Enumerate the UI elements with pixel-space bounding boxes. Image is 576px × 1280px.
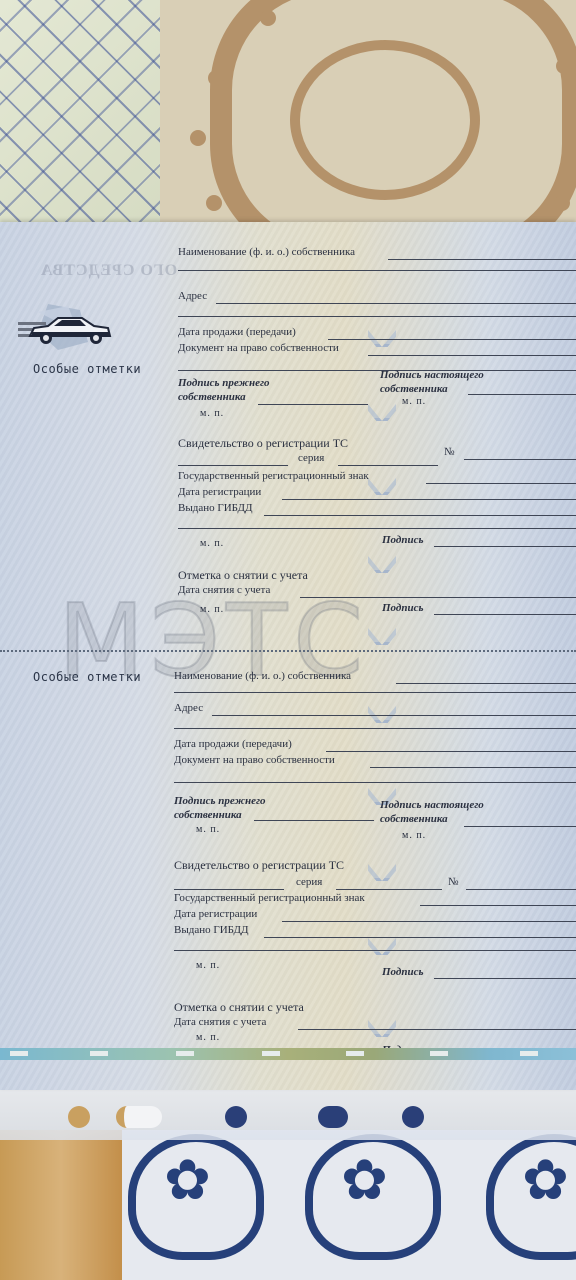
prev-owner-signature-line[interactable] [258, 404, 368, 405]
owner-name-label: Наименование (ф. и. о.) собственника [178, 246, 355, 258]
ownership-document-label: Документ на право собственности [174, 754, 335, 766]
prev-owner-signature-label: Подпись прежнего собственника [178, 376, 288, 404]
current-owner-signature-label: Подпись настоящего собственника [380, 368, 500, 396]
address-field[interactable]: Адрес [178, 290, 576, 306]
flower-ornament-icon [486, 1134, 576, 1260]
ownership-document-label: Документ на право собственности [178, 342, 339, 354]
owner-name-field[interactable]: Наименование (ф. и. о.) собственника [174, 670, 576, 686]
stamp-place: м. п. [200, 408, 224, 419]
stamp-place: м. п. [196, 960, 220, 971]
signature-label: Подпись [382, 966, 424, 978]
flower-ornament-icon [305, 1134, 441, 1260]
signature-line[interactable] [434, 546, 576, 547]
ornament-dot [554, 195, 570, 211]
decorative-border-strip [0, 1048, 576, 1060]
registration-certificate-heading: Свидетельство о регистрации ТС [174, 858, 576, 874]
deregistration-date-label: Дата снятия с учета [174, 1016, 266, 1028]
ornament-dot [206, 195, 222, 211]
current-owner-signature-label: Подпись настоящего собственника [380, 798, 510, 826]
current-owner-signature-line[interactable] [464, 826, 576, 827]
address-field[interactable]: Адрес [174, 702, 576, 718]
address-label: Адрес [178, 290, 207, 302]
owner-name-label: Наименование (ф. и. о.) собственника [174, 670, 351, 682]
ornament-dot [260, 10, 276, 26]
sale-date-label: Дата продажи (передачи) [178, 326, 296, 338]
stamp-place: м. п. [200, 604, 224, 615]
plate-field[interactable]: Государственный регистрационный знак [174, 892, 576, 908]
sale-date-field[interactable]: Дата продажи (передачи) [178, 326, 576, 342]
deregistration-heading: Отметка о снятии с учета [174, 1000, 576, 1016]
stamp-place: м. п. [196, 1032, 220, 1043]
tablecloth-background [0, 1130, 576, 1280]
signature-line[interactable] [434, 978, 576, 979]
registration-certificate-heading: Свидетельство о регистрации ТС [178, 436, 576, 452]
registration-date-label: Дата регистрации [174, 908, 257, 920]
chevron-watermark-icon [368, 404, 396, 418]
current-owner-signature-line[interactable] [468, 394, 576, 395]
owner-name-field[interactable]: Наименование (ф. и. о.) собственника [178, 246, 576, 262]
plate-field[interactable]: Государственный регистрационный знак [178, 470, 576, 486]
signature-label: Подпись [382, 602, 424, 614]
chevron-watermark-icon [368, 628, 396, 642]
stamp-place: м. п. [402, 396, 426, 407]
ornament-dot [208, 70, 224, 86]
issued-by-label: Выдано ГИБДД [174, 924, 249, 936]
registration-date-field[interactable]: Дата регистрации [174, 908, 576, 924]
plate-label: Государственный регистрационный знак [174, 892, 365, 904]
series-number-field[interactable]: серия № [174, 876, 576, 892]
plate-label: Государственный регистрационный знак [178, 470, 369, 482]
ornament-dot [556, 58, 572, 74]
ornament-tile-background [160, 0, 576, 240]
issued-by-field[interactable]: Выдано ГИБДД [178, 502, 576, 518]
wood-pattern [0, 1130, 122, 1280]
punch-hole [402, 1106, 424, 1128]
perforation-divider [0, 650, 576, 652]
vehicle-passport-page: МЭТС ОГО СРЕДСТВА Особые отметки Особые … [0, 222, 576, 1090]
prev-owner-signature-label: Подпись прежнего собственника [174, 794, 284, 822]
number-sign: № [448, 876, 459, 888]
address-label: Адрес [174, 702, 203, 714]
issued-by-field[interactable]: Выдано ГИБДД [174, 924, 576, 940]
car-icon [18, 302, 114, 352]
woven-background [0, 0, 160, 240]
special-notes-label: Особые отметки [33, 670, 141, 684]
ornament-dot [190, 130, 206, 146]
deregistration-date-label: Дата снятия с учета [178, 584, 270, 596]
ownership-document-field[interactable]: Документ на право собственности [178, 342, 576, 358]
deregistration-date-field[interactable]: Дата снятия с учета [174, 1016, 576, 1032]
special-notes-label: Особые отметки [33, 362, 141, 376]
prev-owner-signature-line[interactable] [254, 820, 374, 821]
flower-ornament-icon [128, 1134, 264, 1260]
deregistration-heading: Отметка о снятии с учета [178, 568, 576, 584]
punch-hole [318, 1106, 348, 1128]
sale-date-field[interactable]: Дата продажи (передачи) [174, 738, 576, 754]
ornament-shape [290, 40, 480, 200]
stamp-place: м. п. [402, 830, 426, 841]
punch-hole [116, 1106, 162, 1128]
punch-hole [225, 1106, 247, 1128]
series-label: серия [298, 452, 324, 464]
stamp-place: м. п. [196, 824, 220, 835]
series-number-field[interactable]: серия № [178, 452, 576, 468]
series-label: серия [296, 876, 322, 888]
signature-line[interactable] [434, 614, 576, 615]
sale-date-label: Дата продажи (передачи) [174, 738, 292, 750]
issued-by-label: Выдано ГИБДД [178, 502, 253, 514]
registration-date-label: Дата регистрации [178, 486, 261, 498]
registration-date-field[interactable]: Дата регистрации [178, 486, 576, 502]
signature-label: Подпись [382, 534, 424, 546]
bleed-through-text: ОГО СРЕДСТВА [40, 262, 177, 280]
deregistration-date-field[interactable]: Дата снятия с учета [178, 584, 576, 600]
number-sign: № [444, 446, 455, 458]
punch-hole [68, 1106, 90, 1128]
ownership-document-field[interactable]: Документ на право собственности [174, 754, 576, 770]
stamp-place: м. п. [200, 538, 224, 549]
